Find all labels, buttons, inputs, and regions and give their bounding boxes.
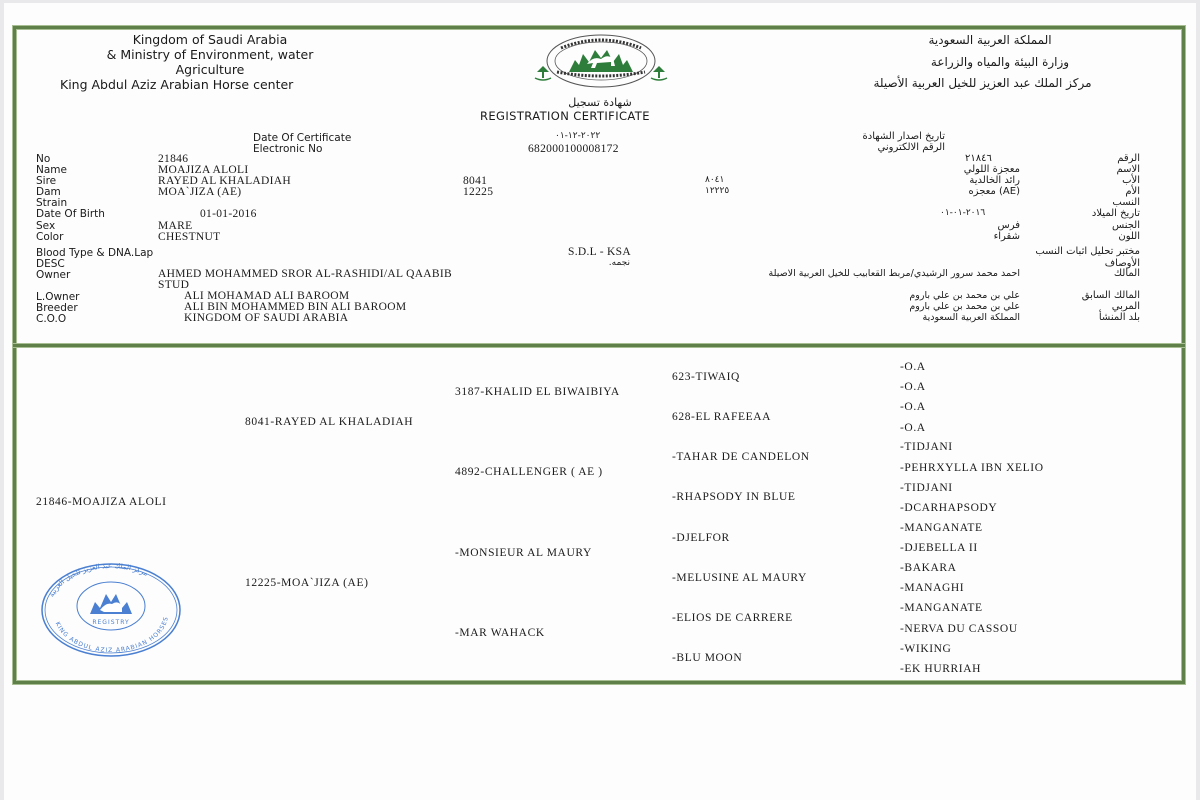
svg-text:REGISTRY: REGISTRY [92, 619, 129, 626]
color-label: Color [36, 231, 63, 243]
pedigree-gen4-entry: -NERVA DU CASSOU [900, 623, 1018, 635]
pedigree-gen4-entry: -O.A [900, 422, 926, 434]
pedigree-gen4-entry: -PEHRXYLLA IBN XELIO [900, 462, 1044, 474]
owner-value-line1: AHMED MOHAMMED SROR AL-RASHIDI/AL QAABIB [158, 268, 452, 280]
pedigree-gen3-entry: -DJELFOR [672, 532, 730, 544]
sire-number-ar: ٨٠٤١ [705, 175, 724, 185]
coo-value-ar: المملكة العربية السعودية [860, 312, 1020, 323]
owner-label-ar: المالك [1080, 268, 1140, 279]
registry-stamp-icon: مركز الملك عبد العزيز للخيل العربية KING… [40, 562, 182, 658]
dob-label-ar: تاريخ الميلاد [1060, 208, 1140, 219]
section-divider [13, 344, 1185, 347]
breeder-value-ar: علي بن محمد بن علي باروم [860, 301, 1020, 312]
pedigree-gen3-entry: -BLU MOON [672, 652, 742, 664]
pedigree-gen1-entry: 8041-RAYED AL KHALADIAH [245, 416, 413, 428]
title-english: REGISTRATION CERTIFICATE [480, 109, 650, 123]
ministry-horse-emblem-icon [527, 32, 675, 94]
date-of-certificate-value: ٢٠٢٢-١٢-٠١ [555, 131, 600, 141]
pedigree-gen3-entry: 628-EL RAFEEAA [672, 411, 771, 423]
pedigree-gen4-entry: -TIDJANI [900, 441, 953, 453]
dob-value: 01-01-2016 [200, 208, 257, 220]
pedigree-gen2-entry: 4892-CHALLENGER ( AE ) [455, 466, 603, 478]
pedigree-horse: 21846-MOAJIZA ALOLI [36, 496, 167, 508]
electronic-no-value: 682000100008172 [528, 143, 619, 155]
sex-value-ar: فرس [990, 220, 1020, 231]
header-ar-line2: وزارة البيئة والمياه والزراعة [880, 55, 1120, 69]
pedigree-gen4-entry: -EK HURRIAH [900, 663, 981, 675]
owner-value-ar: احمد محمد سرور الرشيدي/مربط القعابيب للخ… [700, 268, 1020, 279]
strain-label-ar: النسب [1080, 197, 1140, 208]
coo-label: C.O.O [36, 313, 66, 325]
certificate-frame [13, 26, 1185, 684]
pedigree-gen3-entry: -ELIOS DE CARRERE [672, 612, 793, 624]
color-label-ar: اللون [1080, 231, 1140, 242]
header-ar-center: مركز الملك عبد العزيز للخيل العربية الأص… [830, 76, 1135, 90]
pedigree-gen4-entry: -WIKING [900, 643, 951, 655]
pedigree-gen1-entry: 12225-MOA`JIZA (AE) [245, 577, 369, 589]
header-en-center: King Abdul Aziz Arabian Horse center [60, 77, 293, 92]
coo-label-ar: بلد المنشأ [1060, 312, 1140, 323]
no-value-ar: ٢١٨٤٦ [965, 153, 992, 164]
sex-label-ar: الجنس [1080, 220, 1140, 231]
pedigree-gen4-entry: -DJEBELLA II [900, 542, 978, 554]
dam-number: 12225 [463, 186, 493, 198]
pedigree-gen3-entry: -TAHAR DE CANDELON [672, 451, 810, 463]
header-en-line3: Agriculture [50, 62, 370, 77]
header-english: Kingdom of Saudi Arabia & Ministry of En… [50, 32, 370, 77]
pedigree-gen4-entry: -O.A [900, 361, 926, 373]
pedigree-gen4-entry: -DCARHAPSODY [900, 502, 997, 514]
date-of-certificate-label-ar: تاريخ اصدار الشهادة [825, 131, 945, 142]
sire-value-ar: رائد الخالدية [920, 175, 1020, 186]
dob-label: Date Of Birth [36, 208, 105, 220]
sire-label-ar: الأب [1080, 175, 1140, 186]
color-value: CHESTNUT [158, 231, 220, 243]
pedigree-gen2-entry: 3187-KHALID EL BIWAIBIYA [455, 386, 620, 398]
dam-label-ar: الأم [1080, 186, 1140, 197]
dob-value-ar: ٢٠١٦-٠١-٠١ [940, 208, 985, 218]
pedigree-gen4-entry: -O.A [900, 401, 926, 413]
no-label-ar: الرقم [1080, 153, 1140, 164]
breeder-label-ar: المربي [1080, 301, 1140, 312]
pedigree-gen2-entry: -MONSIEUR AL MAURY [455, 547, 592, 559]
pedigree-gen4-entry: -BAKARA [900, 562, 957, 574]
pedigree-gen4-entry: -MANGANATE [900, 522, 983, 534]
header-ar-line1: المملكة العربية السعودية [880, 33, 1100, 47]
pedigree-gen4-entry: -MANGANATE [900, 602, 983, 614]
owner-label: Owner [36, 269, 70, 281]
pedigree-gen3-entry: 623-TIWAIQ [672, 371, 740, 383]
pedigree-gen3-entry: -MELUSINE AL MAURY [672, 572, 807, 584]
dam-value-ar: (AE) معجزه [920, 186, 1020, 197]
header-en-line2: & Ministry of Environment, water [50, 47, 370, 62]
title-arabic: شهادة تسجيل [560, 96, 640, 109]
electronic-no-label-ar: الرقم الالكتروني [825, 142, 945, 153]
desc-value-ar: نجمه. [590, 258, 630, 268]
header-en-line1: Kingdom of Saudi Arabia [50, 32, 370, 47]
pedigree-gen2-entry: -MAR WAHACK [455, 627, 545, 639]
l-owner-label-ar: المالك السابق [1060, 290, 1140, 301]
name-value-ar: معجزة اللولي [930, 164, 1020, 175]
dam-value: MOA`JIZA (AE) [158, 186, 241, 198]
dam-number-ar: ١٢٢٢٥ [705, 186, 729, 196]
pedigree-gen4-entry: -MANAGHI [900, 582, 964, 594]
l-owner-value-ar: علي بن محمد بن علي باروم [860, 290, 1020, 301]
electronic-no-label: Electronic No [253, 143, 322, 155]
pedigree-gen4-entry: -TIDJANI [900, 482, 953, 494]
blood-type-value: S.D.L - KSA [568, 246, 631, 258]
pedigree-gen4-entry: -O.A [900, 381, 926, 393]
coo-value: KINGDOM OF SAUDI ARABIA [184, 312, 348, 324]
pedigree-gen3-entry: -RHAPSODY IN BLUE [672, 491, 796, 503]
name-label-ar: الاسم [1080, 164, 1140, 175]
svg-text:مركز الملك عبد العزيز للخيل ال: مركز الملك عبد العزيز للخيل العربية [47, 562, 149, 598]
blood-type-label-ar: مختبر تحليل اثبات النسب [990, 246, 1140, 257]
color-value-ar: شقراء [980, 231, 1020, 242]
